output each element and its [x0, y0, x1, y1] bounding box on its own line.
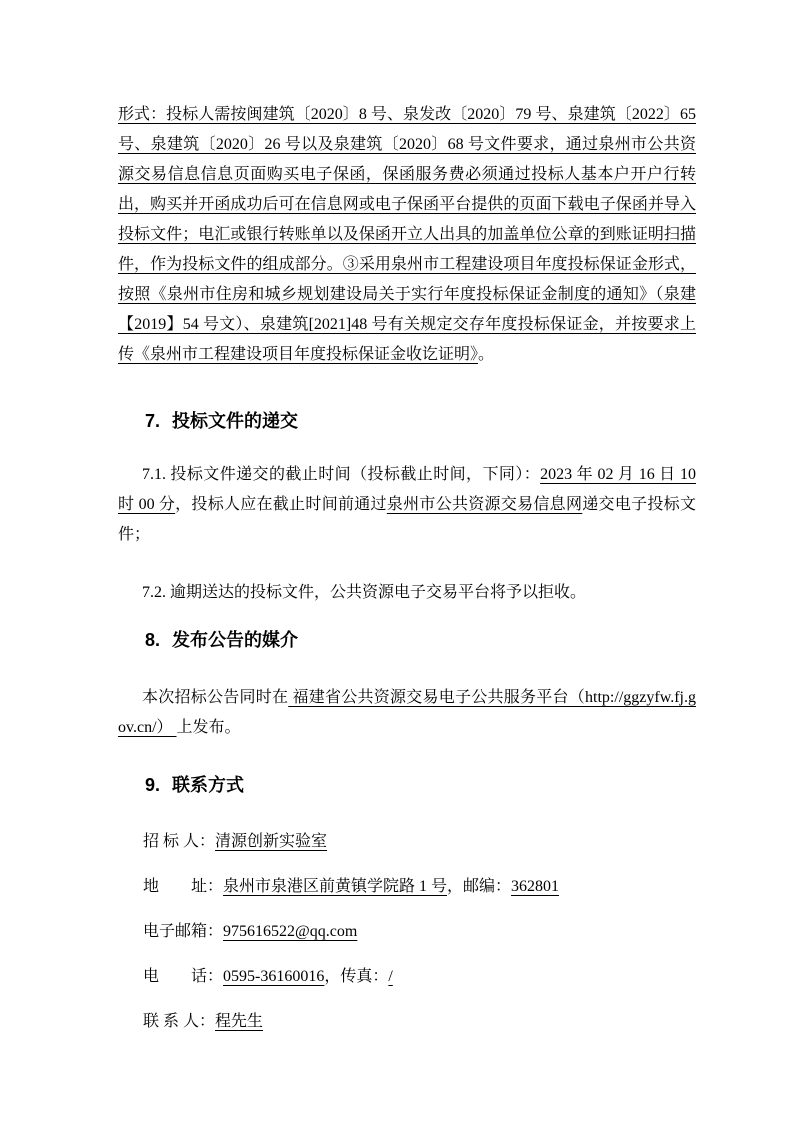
section-7-number: 7.	[145, 411, 160, 431]
contact-value-email: 975616522@qq.com	[223, 923, 357, 940]
section-7-title: 投标文件的递交	[172, 411, 298, 431]
contact-label: 招 标 人：	[143, 833, 215, 850]
document-page: 形式：投标人需按闽建筑〔2020〕8 号、泉发改〔2020〕79 号、泉建筑〔2…	[0, 0, 793, 1122]
contact-row-address: 地 址：泉州市泉港区前黄镇学院路 1 号，邮编：362801	[143, 872, 696, 902]
contact-row-bidder: 招 标 人：清源创新实验室	[143, 827, 696, 857]
contact-label: 电子邮箱：	[143, 923, 223, 940]
section-8-number: 8.	[145, 630, 160, 650]
section-8-title: 发布公告的媒介	[172, 630, 298, 650]
submission-platform-text: 泉州市公共资源交易信息网	[387, 496, 582, 513]
clause-7-1-middle: ，投标人应在截止时间前通过	[175, 496, 387, 513]
section-9-number: 9.	[145, 775, 160, 795]
section-9-heading: 9.联系方式	[145, 772, 696, 798]
continuation-paragraph: 形式：投标人需按闽建筑〔2020〕8 号、泉发改〔2020〕79 号、泉建筑〔2…	[118, 100, 696, 370]
continuation-period: 。	[478, 346, 494, 363]
contact-value-phone: 0595-36160016	[223, 968, 324, 985]
contact-label: 联 系 人：	[143, 1013, 215, 1030]
section-9-title: 联系方式	[172, 775, 244, 795]
clause-7-2-paragraph: 7.2. 逾期送达的投标文件，公共资源电子交易平台将予以拒收。	[118, 578, 696, 608]
clause-7-1-prefix: 7.1. 投标文件递交的截止时间（投标截止时间，下同）：	[142, 466, 540, 483]
contact-extra-value-fax: /	[388, 968, 392, 985]
contact-list: 招 标 人：清源创新实验室 地 址：泉州市泉港区前黄镇学院路 1 号，邮编：36…	[143, 827, 696, 1037]
contact-extra-label: ，邮编：	[447, 878, 511, 895]
contact-label: 电 话：	[143, 968, 223, 985]
contact-row-person: 联 系 人：程先生	[143, 1007, 696, 1037]
announcement-prefix: 本次招标公告同时在	[142, 689, 288, 706]
clause-7-1-paragraph: 7.1. 投标文件递交的截止时间（投标截止时间，下同）：2023 年 02 月 …	[118, 460, 696, 550]
contact-row-email: 电子邮箱：975616522@qq.com	[143, 917, 696, 947]
contact-value-bidder-name: 清源创新实验室	[215, 833, 327, 850]
contact-value-address: 泉州市泉港区前黄镇学院路 1 号	[223, 878, 447, 895]
announcement-suffix: 上发布。	[177, 719, 241, 736]
contact-value-person-name: 程先生	[215, 1013, 263, 1030]
contact-extra-value-postcode: 362801	[511, 878, 559, 895]
announcement-paragraph: 本次招标公告同时在 福建省公共资源交易电子公共服务平台（http://ggzyf…	[118, 683, 696, 743]
guarantee-requirements-text: 形式：投标人需按闽建筑〔2020〕8 号、泉发改〔2020〕79 号、泉建筑〔2…	[118, 106, 696, 363]
contact-row-phone: 电 话：0595-36160016，传真：/	[143, 962, 696, 992]
section-8-heading: 8.发布公告的媒介	[145, 627, 696, 653]
section-7-heading: 7.投标文件的递交	[145, 408, 696, 434]
contact-label: 地 址：	[143, 878, 223, 895]
contact-extra-label: ，传真：	[324, 968, 388, 985]
